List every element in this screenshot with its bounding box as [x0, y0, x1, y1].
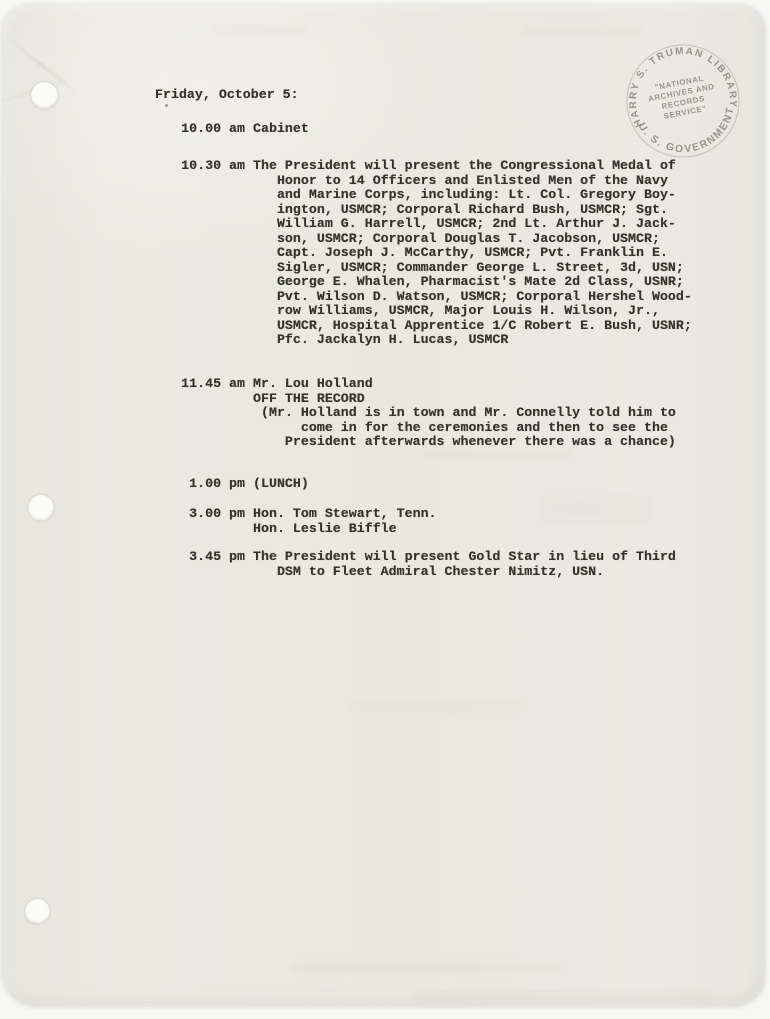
schedule-line: USMCR, Hospital Apprentice 1/C Robert E.… — [253, 319, 692, 334]
schedule-line: The President will present Gold Star in … — [253, 550, 676, 565]
schedule-line: (LUNCH) — [253, 477, 309, 492]
stamp-center-text: "NATIONAL ARCHIVES AND RECORDS SERVICE" — [645, 72, 719, 123]
schedule-line: Hon. Tom Stewart, Tenn. — [253, 507, 437, 522]
schedule-line: Capt. Joseph J. McCarthy, USMCR; Pvt. Fr… — [253, 246, 692, 261]
schedule-line: Hon. Leslie Biffle — [253, 522, 437, 537]
schedule-line: son, USMCR; Corporal Douglas T. Jacobson… — [253, 232, 692, 247]
entry-body: The President will present Gold Star in … — [253, 550, 676, 579]
entry-body: The President will present the Congressi… — [253, 159, 692, 348]
entry-time: 11.45 am — [181, 377, 245, 392]
entry-time: 3.45 pm — [181, 550, 245, 565]
schedule-line: Mr. Lou Holland — [253, 377, 676, 392]
punch-hole — [28, 495, 54, 521]
schedule-entry: 1.00 pm(LUNCH) — [181, 477, 309, 492]
entry-body: Cabinet — [253, 122, 309, 137]
schedule-line: Honor to 14 Officers and Enlisted Men of… — [253, 174, 692, 189]
punch-hole — [25, 899, 50, 924]
ink-dot — [165, 104, 168, 107]
entry-body: Mr. Lou HollandOFF THE RECORD (Mr. Holla… — [253, 377, 676, 450]
schedule-line: George E. Whalen, Pharmacist's Mate 2d C… — [253, 275, 692, 290]
schedule-line: Cabinet — [253, 122, 309, 137]
schedule-line: OFF THE RECORD — [253, 392, 676, 407]
paper-smudge — [352, 702, 522, 711]
schedule-line: Pfc. Jackalyn H. Lucas, USMCR — [253, 333, 692, 348]
schedule-entry: 10.30 amThe President will present the C… — [181, 159, 692, 348]
paper-smudge — [422, 450, 572, 459]
entry-body: (LUNCH) — [253, 477, 309, 492]
paper-smudge — [212, 26, 307, 33]
schedule-line: ington, USMCR; Corporal Richard Bush, US… — [253, 203, 692, 218]
entry-time: 1.00 pm — [181, 477, 245, 492]
schedule-line: The President will present the Congressi… — [253, 159, 692, 174]
entry-time: 10.00 am — [181, 122, 245, 137]
schedule-line: (Mr. Holland is in town and Mr. Connelly… — [253, 406, 676, 421]
schedule-line: President afterwards whenever there was … — [253, 435, 676, 450]
paper-smudge — [412, 992, 712, 1001]
paper-smudge — [292, 962, 562, 973]
schedule-line: come in for the ceremonies and then to s… — [253, 421, 676, 436]
truman-library-stamp: HARRY S. TRUMAN LIBRARY U. S. GOVERNMENT… — [611, 29, 755, 173]
schedule-line: row Williams, USMCR, Major Louis H. Wils… — [253, 304, 692, 319]
entry-time: 10.30 am — [181, 159, 245, 174]
punch-hole — [31, 82, 58, 109]
schedule-line: William G. Harrell, USMCR; 2nd Lt. Arthu… — [253, 217, 692, 232]
schedule-line: Pvt. Wilson D. Watson, USMCR; Corporal H… — [253, 290, 692, 305]
schedule-entry: 3.45 pmThe President will present Gold S… — [181, 550, 676, 579]
schedule-line: DSM to Fleet Admiral Chester Nimitz, USN… — [253, 565, 676, 580]
document-page: HARRY S. TRUMAN LIBRARY U. S. GOVERNMENT… — [2, 4, 765, 1006]
schedule-line: and Marine Corps, including: Lt. Col. Gr… — [253, 188, 692, 203]
entry-body: Hon. Tom Stewart, Tenn.Hon. Leslie Biffl… — [253, 507, 437, 536]
page-title: Friday, October 5: — [155, 88, 299, 103]
schedule-entry: 10.00 amCabinet — [181, 122, 309, 137]
entry-time: 3.00 pm — [181, 507, 245, 522]
paper-smudge — [542, 496, 652, 522]
schedule-entry: 11.45 amMr. Lou HollandOFF THE RECORD (M… — [181, 377, 676, 450]
schedule-line: Sigler, USMCR; Commander George L. Stree… — [253, 261, 692, 276]
schedule-entry: 3.00 pmHon. Tom Stewart, Tenn.Hon. Lesli… — [181, 507, 437, 536]
